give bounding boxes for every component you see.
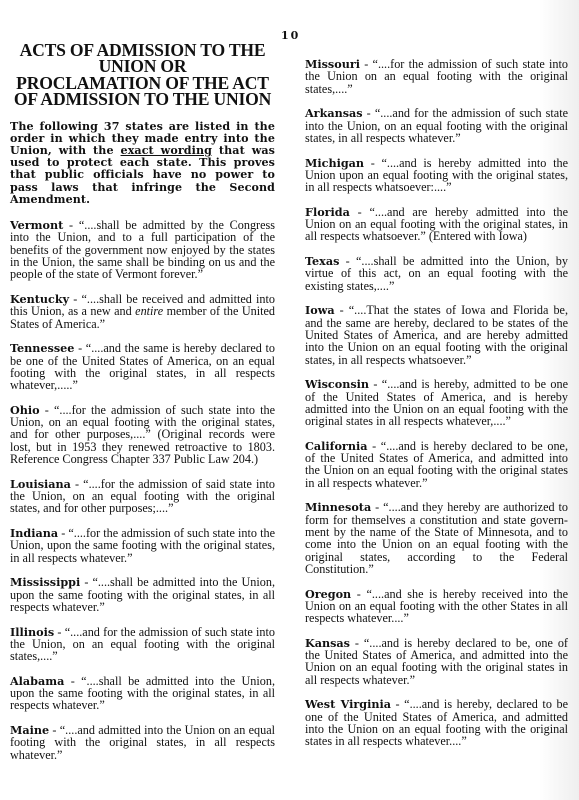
state-entry-west-virginia: West Virginia - “....and is hereby, decl…	[305, 698, 568, 747]
left-column: ACTS OF ADMISSION TO THE UNION OR PROCLA…	[10, 42, 275, 773]
state-quote: - “....and admitted into the Union on an…	[10, 723, 275, 762]
state-quote: - “....for the admission of such state i…	[10, 403, 275, 466]
state-entry-vermont: Vermont - “....shall be admitted by the …	[10, 219, 275, 280]
right-column: Missouri - “....for the admission of suc…	[305, 58, 568, 760]
state-entry-kentucky: Kentucky - “....shall be received and ad…	[10, 293, 275, 330]
state-entry-louisiana: Louisiana - “....for the admission of sa…	[10, 478, 275, 515]
state-entry-oregon: Oregon - “....and she is hereby received…	[305, 588, 568, 625]
title-line: OF ADMISSION TO THE UNION	[10, 91, 275, 107]
state-entry-wisconsin: Wisconsin - “....and is hereby, admitted…	[305, 378, 568, 427]
state-entry-alabama: Alabama - “....shall be admitted into th…	[10, 675, 275, 712]
state-entry-maine: Maine - “....and admitted into the Union…	[10, 724, 275, 761]
state-quote: - “....That the states of Iowa and Flori…	[305, 303, 568, 366]
state-entry-california: California - “....and is hereby declared…	[305, 440, 568, 489]
state-entry-mississippi: Mississippi - “....shall be admitted int…	[10, 576, 275, 613]
state-entry-minnesota: Minnesota - “....and they hereby are aut…	[305, 501, 568, 575]
state-entry-texas: Texas - “....shall be admitted into the …	[305, 255, 568, 292]
state-entry-tennessee: Tennessee - “....and the same is hereby …	[10, 342, 275, 391]
page-number: 10	[281, 29, 300, 42]
intro-underlined-text: exact wording	[121, 144, 212, 157]
intro-paragraph: The following 37 states are listed in th…	[10, 121, 275, 206]
state-entry-florida: Florida - “....and are hereby admitted i…	[305, 206, 568, 243]
state-entry-missouri: Missouri - “....for the admission of suc…	[305, 58, 568, 95]
state-quote-emphasis: entire	[135, 304, 163, 318]
state-entry-ohio: Ohio - “....for the admission of such st…	[10, 404, 275, 465]
state-entry-arkansas: Arkansas - “....and for the admission of…	[305, 107, 568, 144]
state-entry-illinois: Illinois - “....and for the admission of…	[10, 626, 275, 663]
state-quote: - “....and they hereby are authorized to…	[305, 500, 568, 575]
state-entry-indiana: Indiana - “....for the admission of such…	[10, 527, 275, 564]
state-entry-iowa: Iowa - “....That the states of Iowa and …	[305, 304, 568, 365]
state-entry-kansas: Kansas - “....and is hereby declared to …	[305, 637, 568, 686]
page-title: ACTS OF ADMISSION TO THE UNION OR PROCLA…	[10, 42, 275, 108]
state-entry-michigan: Michigan - “....and is hereby admitted i…	[305, 157, 568, 194]
state-quote: - “....shall be admitted into the Union,…	[305, 254, 568, 293]
